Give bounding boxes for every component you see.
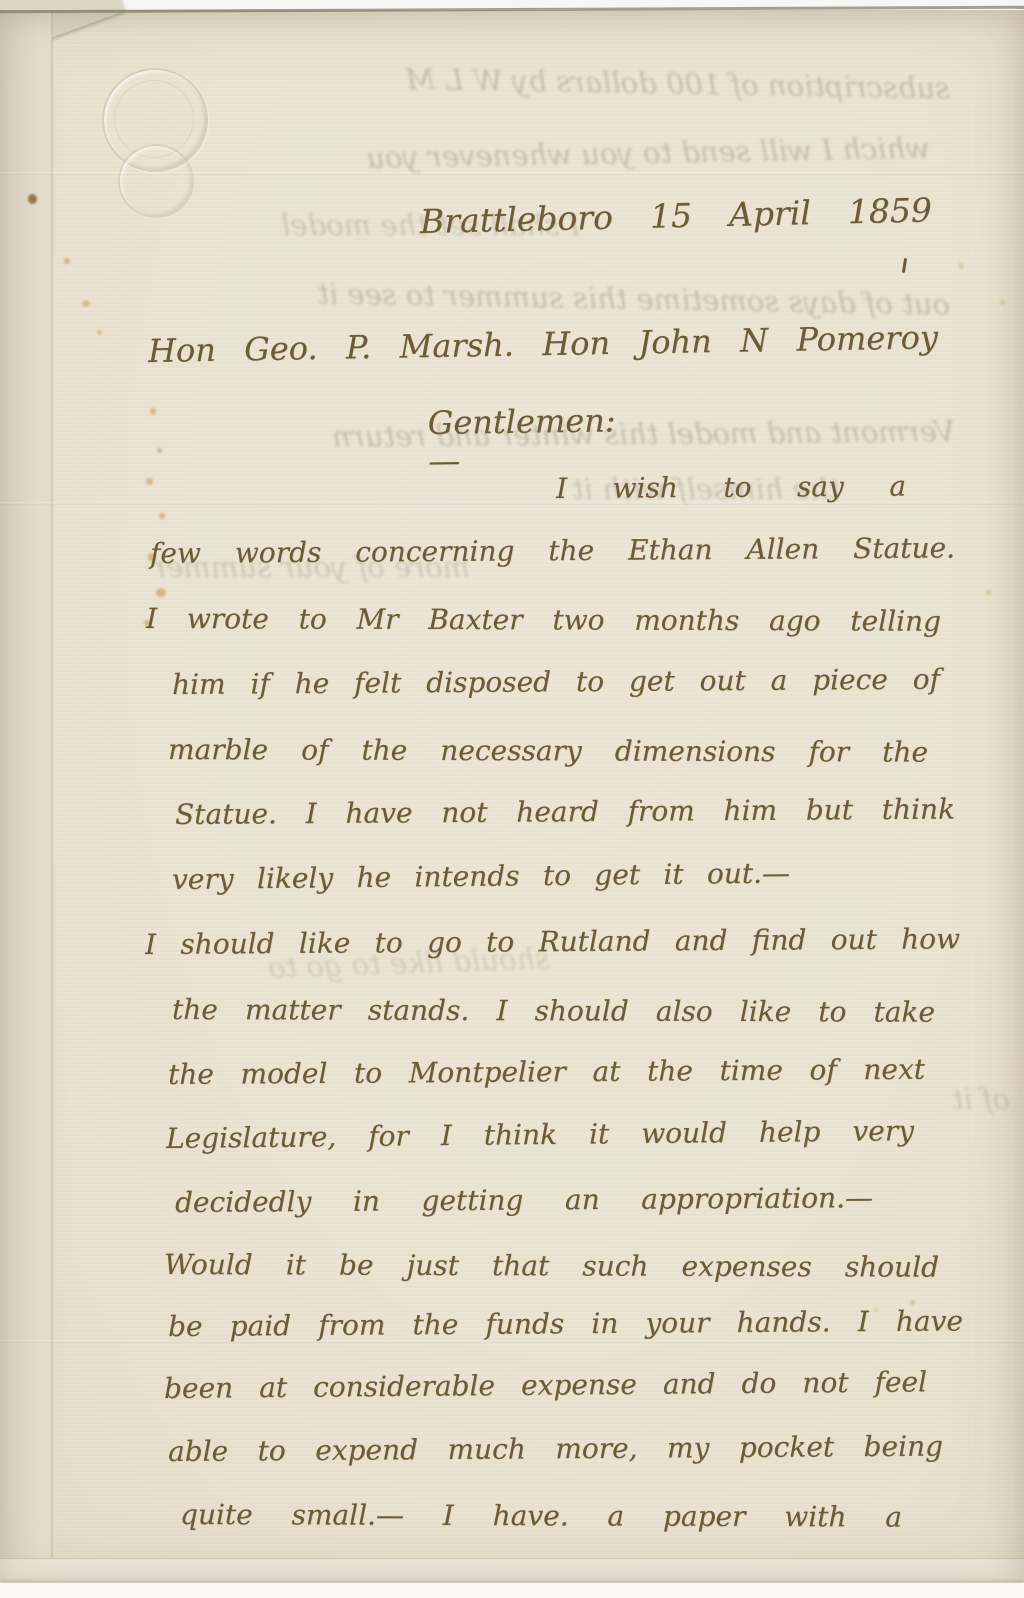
foxing-spot bbox=[1000, 300, 1005, 305]
letter-line: be paid from the funds in your hands. I … bbox=[168, 1304, 963, 1343]
foxing-spot bbox=[28, 194, 37, 204]
letter-line: very likely he intends to get it out.— bbox=[172, 857, 790, 897]
letter-line: the model to Montpelier at the time of n… bbox=[168, 1053, 925, 1092]
letter-line: quite small.— I have. a paper with a bbox=[180, 1498, 902, 1534]
letter-line: marble of the necessary dimensions for t… bbox=[168, 733, 928, 769]
seal-lower-ring bbox=[118, 144, 194, 218]
letter-line: the matter stands. I should also like to… bbox=[172, 993, 935, 1029]
foxing-spot bbox=[150, 408, 156, 415]
letter-line: Statue. I have not heard from him but th… bbox=[175, 793, 955, 832]
paper-bottom-fold bbox=[0, 1558, 1024, 1585]
foxing-spot bbox=[97, 330, 102, 335]
bleed-through-line: subscription of 100 dollars by W L M bbox=[330, 61, 950, 106]
bleed-through-line: of it bbox=[860, 1082, 1010, 1116]
letter-line: I should like to go to Rutland and find … bbox=[145, 922, 960, 961]
greeting: Gentlemen:— bbox=[427, 401, 643, 481]
dateline: Brattleboro 15 April 1859 bbox=[420, 190, 933, 241]
letter-line: few words concerning the Ethan Allen Sta… bbox=[150, 531, 955, 570]
letter-paper: subscription of 100 dollars by W L M whi… bbox=[0, 10, 1024, 1582]
bleed-through-line: which I will send to you whenever you bbox=[350, 131, 931, 175]
letter-line: been at considerable expense and do not … bbox=[164, 1365, 927, 1405]
foxing-spot bbox=[156, 588, 166, 597]
letter-line: decidedly in getting an appropriation.— bbox=[175, 1181, 873, 1219]
scanner-background-bottom bbox=[0, 1583, 1024, 1598]
embossed-seal bbox=[96, 68, 216, 208]
letter-line: able to expend much more, my pocket bein… bbox=[168, 1430, 943, 1469]
letter-line: him if he felt disposed to get out a pie… bbox=[172, 663, 940, 702]
letter-line: I wish to say a bbox=[556, 470, 906, 506]
underleaf-left-edge bbox=[0, 10, 52, 1582]
bleed-through-line: out of days sometime this summer to see … bbox=[320, 277, 950, 322]
foxing-spot bbox=[958, 263, 964, 269]
letter-line: I wrote to Mr Baxter two months ago tell… bbox=[146, 602, 941, 638]
foxing-spot bbox=[986, 590, 991, 595]
letter-line: Legislature, for I think it would help v… bbox=[166, 1114, 914, 1155]
scanned-letter-page: { "letter": { "dateline": "Brattleboro 1… bbox=[0, 0, 1024, 1598]
recipient-line: Hon Geo. P. Marsh. Hon John N Pomeroy bbox=[148, 318, 939, 370]
foxing-spot bbox=[146, 478, 153, 485]
letter-line: Would it be just that such expenses shou… bbox=[164, 1248, 939, 1284]
foxing-spot bbox=[82, 300, 90, 307]
foxing-spot bbox=[159, 513, 165, 519]
foxing-spot bbox=[157, 448, 162, 453]
foxing-spot bbox=[64, 258, 70, 264]
vertical-fold-crease bbox=[51, 10, 55, 1582]
pen-flourish bbox=[902, 258, 907, 273]
